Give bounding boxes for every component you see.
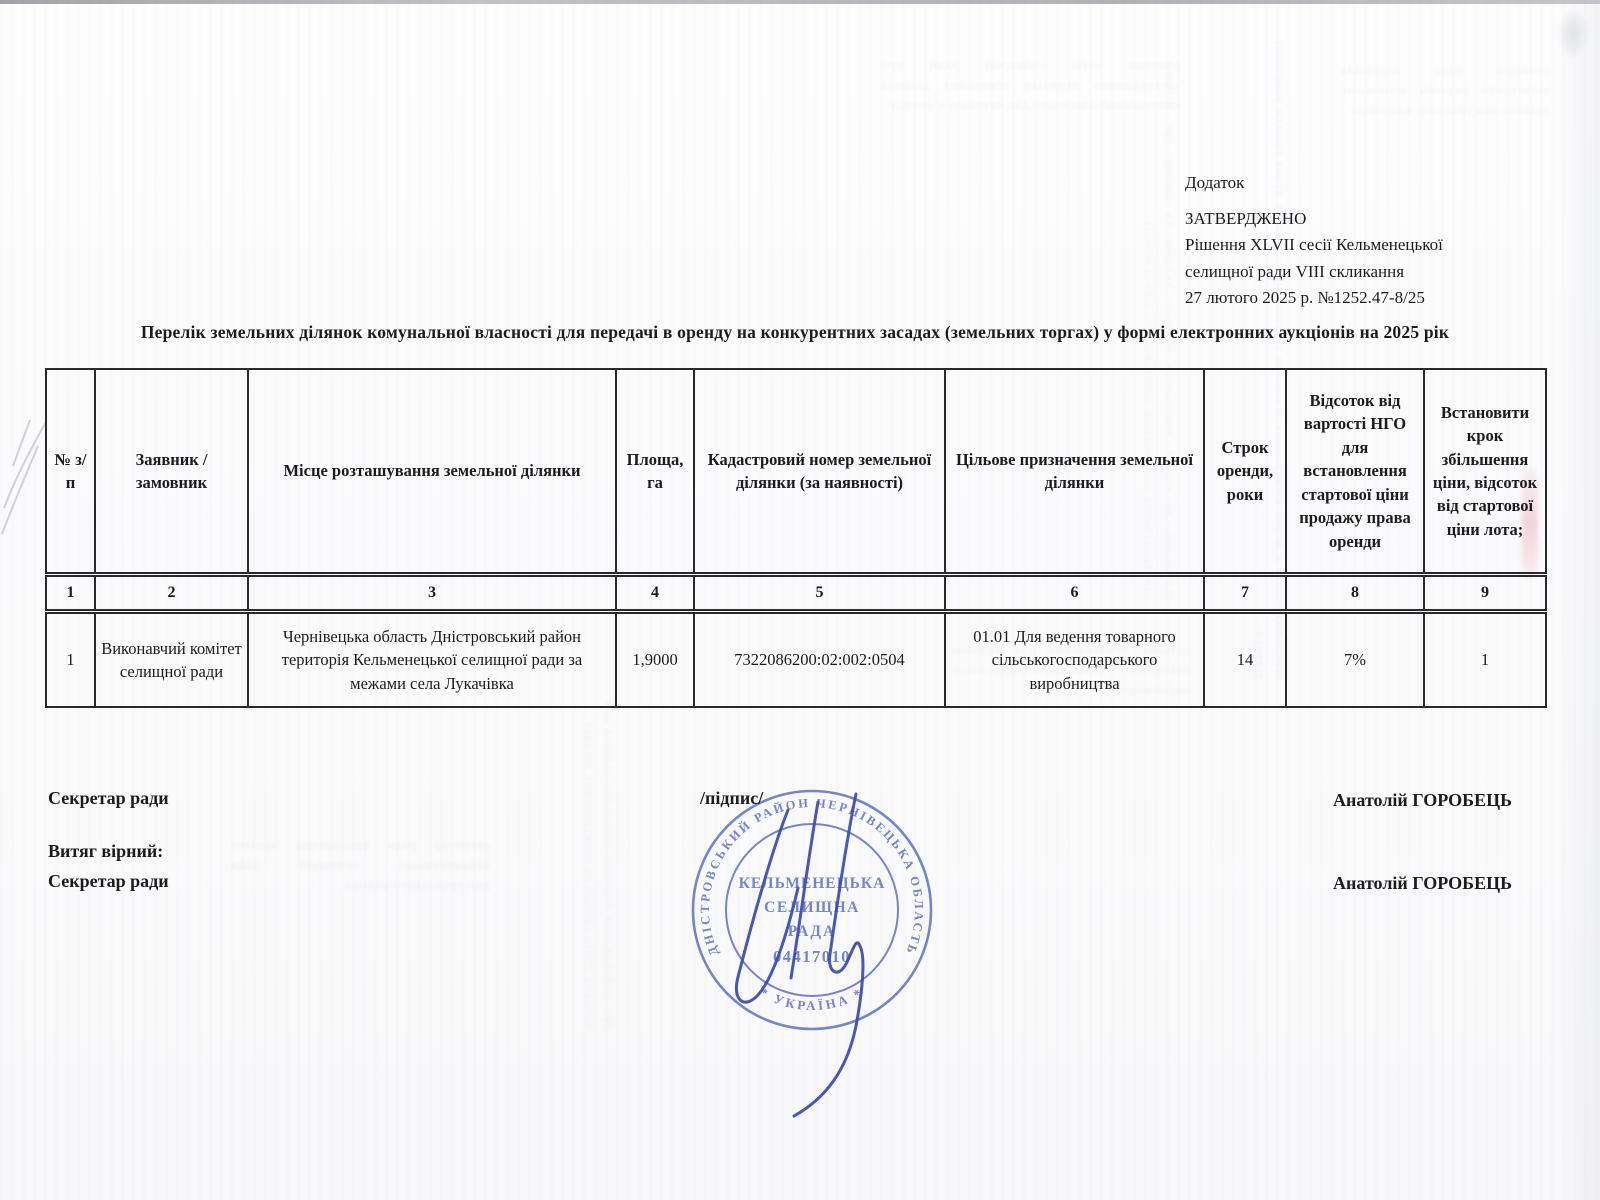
column-number: 7 bbox=[1204, 575, 1286, 612]
stamp-center-text: СЕЛИЩНА bbox=[764, 899, 860, 916]
table-row: 1 Виконавчий комітет селищної ради Черні… bbox=[46, 612, 1546, 708]
column-number: 2 bbox=[95, 575, 248, 612]
column-number-row: 1 2 3 4 5 6 7 8 9 bbox=[46, 575, 1546, 612]
bleedthrough-text: про затвердження переліку земельних діля… bbox=[500, 700, 620, 1030]
secretary-label: Секретар ради bbox=[48, 788, 169, 809]
document-title: Перелік земельних ділянок комунальної вл… bbox=[45, 322, 1545, 343]
column-number: 5 bbox=[694, 575, 945, 612]
cell-applicant: Виконавчий комітет селищної ради bbox=[95, 612, 248, 708]
cell-price-step: 1 bbox=[1424, 612, 1546, 708]
column-number: 6 bbox=[945, 575, 1204, 612]
col-header-price-step: Встановити крок збільшення ціни, відсото… bbox=[1424, 369, 1546, 575]
cell-cadastral: 7322086200:02:002:0504 bbox=[694, 612, 945, 708]
col-header-location: Місце розташування земельної ділянки bbox=[248, 369, 616, 575]
column-number: 3 bbox=[248, 575, 616, 612]
col-header-index: № з/п bbox=[46, 369, 95, 575]
cell-row-number: 1 bbox=[46, 612, 95, 708]
col-header-area: Площа, га bbox=[616, 369, 694, 575]
approval-line: ЗАТВЕРДЖЕНО bbox=[1185, 206, 1575, 233]
approval-block: Додаток ЗАТВЕРДЖЕНО Рішення XLVII сесії … bbox=[1185, 170, 1575, 312]
scan-corner-smudge bbox=[1556, 8, 1590, 60]
secretary-name: Анатолій ГОРОБЕЦЬ bbox=[1050, 790, 1512, 811]
stamp-center-text: РАДА bbox=[788, 923, 837, 940]
column-number: 1 bbox=[46, 575, 95, 612]
column-number: 8 bbox=[1286, 575, 1424, 612]
secretary-name: Анатолій ГОРОБЕЦЬ bbox=[1050, 873, 1512, 894]
cell-lease-term: 14 bbox=[1204, 612, 1286, 708]
column-number: 9 bbox=[1424, 575, 1546, 612]
col-header-purpose: Цільове призначення земельної ділянки bbox=[945, 369, 1204, 575]
land-plots-table-wrap: № з/п Заявник / замовник Місце розташува… bbox=[45, 368, 1547, 708]
stamp-edrpou-number: 04417010 bbox=[773, 947, 851, 966]
col-header-lease-term: Строк оренди, роки bbox=[1204, 369, 1286, 575]
table-header-row: № з/п Заявник / замовник Місце розташува… bbox=[46, 369, 1546, 575]
secretary-label: Секретар ради bbox=[48, 871, 169, 892]
approval-line: Додаток bbox=[1185, 170, 1575, 197]
col-header-cadastral: Кадастровий номер земельної ділянки (за … bbox=[694, 369, 945, 575]
official-stamp: ДНІСТРОВСЬКИЙ РАЙОН ЧЕРНІВЕЦЬКА ОБЛАСТЬ … bbox=[660, 772, 980, 1132]
cell-purpose: 01.01 Для ведення товарного сільськогосп… bbox=[945, 612, 1204, 708]
stamp-ring-text-bottom: * УКРАЇНА * bbox=[757, 984, 866, 1013]
land-plots-table: № з/п Заявник / замовник Місце розташува… bbox=[45, 368, 1547, 708]
col-header-applicant: Заявник / замовник bbox=[95, 369, 248, 575]
column-number: 4 bbox=[616, 575, 694, 612]
approval-line: 27 лютого 2025 р. №1252.47-8/25 bbox=[1185, 285, 1575, 312]
cell-area: 1,9000 bbox=[616, 612, 694, 708]
bleedthrough-text: секретар ради виконавчий комітет кельмен… bbox=[230, 835, 490, 1095]
cell-ngo-percent: 7% bbox=[1286, 612, 1424, 708]
extract-valid-label: Витяг вірний: bbox=[48, 841, 163, 862]
svg-text:* УКРАЇНА *: * УКРАЇНА * bbox=[757, 984, 866, 1013]
cell-location: Чернівецька область Дністровський район … bbox=[248, 612, 616, 708]
approval-line: Рішення XLVII сесії Кельменецької bbox=[1185, 232, 1575, 259]
scan-top-edge bbox=[0, 0, 1600, 4]
col-header-ngo-percent: Відсоток від вартості НГО для встановлен… bbox=[1286, 369, 1424, 575]
approval-line: селищної ради VIII скликання bbox=[1185, 259, 1575, 286]
